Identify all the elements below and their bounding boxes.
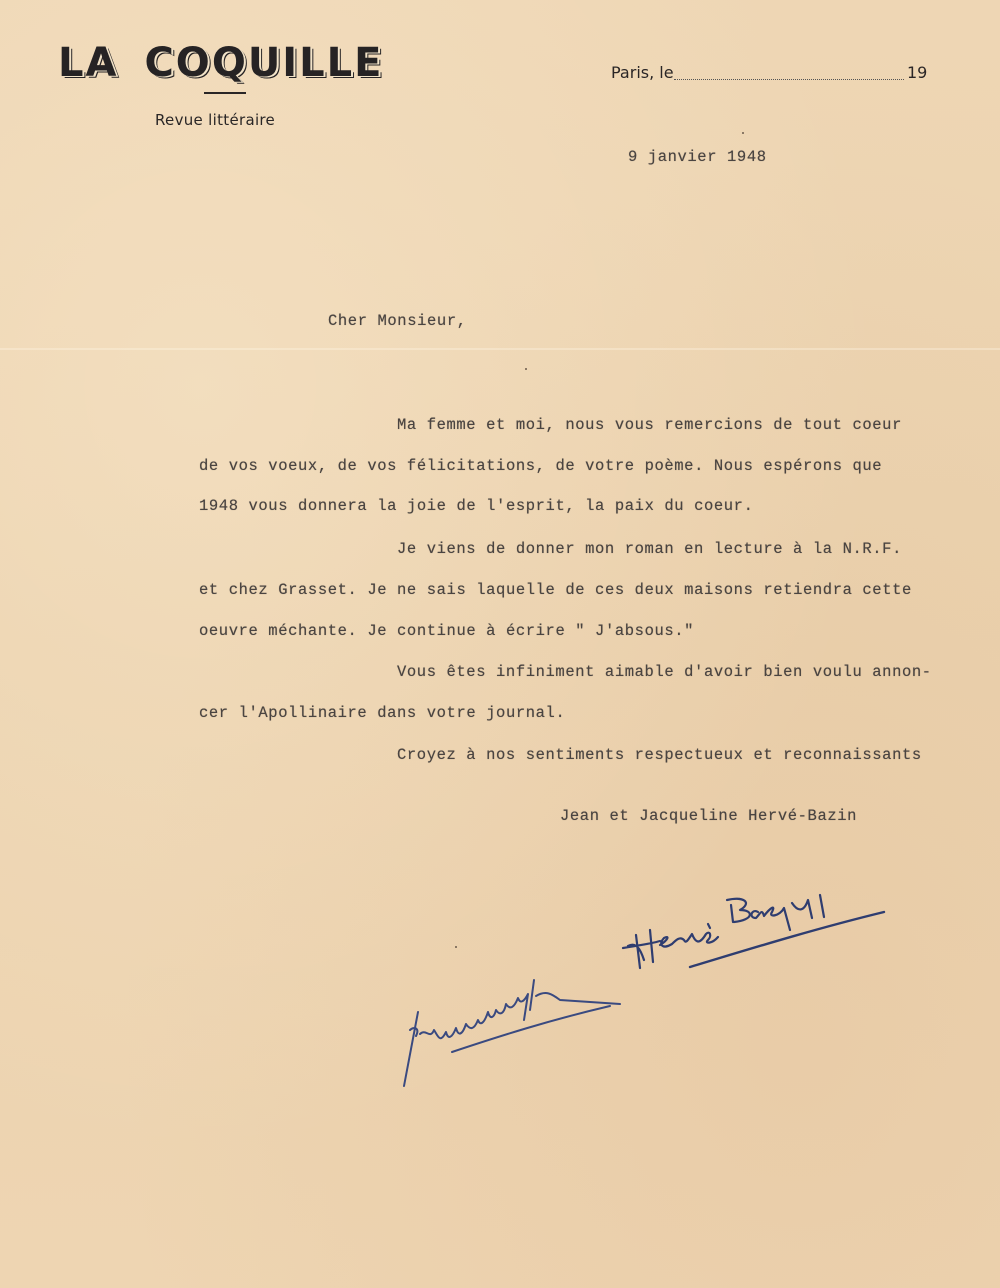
paper-speck (455, 946, 457, 948)
signature-jacqueline (404, 980, 620, 1086)
paper-speck (742, 132, 744, 134)
signature-herve-bazin (623, 895, 884, 968)
letter-paper: LACOQUILLE Revue littéraire Paris, le 19… (0, 0, 1000, 1288)
handwritten-signatures (0, 0, 1000, 1288)
paper-speck (525, 368, 527, 370)
